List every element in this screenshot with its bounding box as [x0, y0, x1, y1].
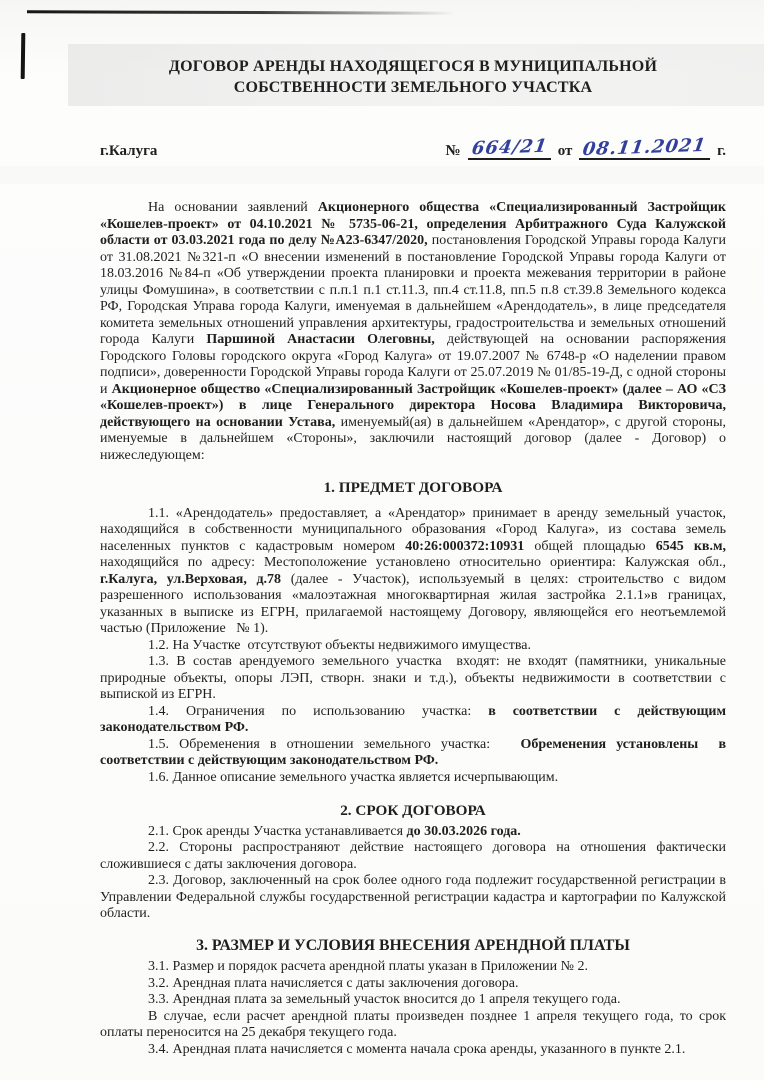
contract-number-block: № 664/21 от 08.11.2021 г.	[445, 139, 726, 160]
paragraph: 3.1. Размер и порядок расчета арендной п…	[100, 959, 726, 976]
paragraph: 2.3. Договор, заключенный на срок более …	[100, 873, 726, 923]
scan-artifact-left-mark	[21, 33, 26, 79]
year-suffix: г.	[717, 143, 726, 160]
contract-date-blank: 08.11.2021	[579, 139, 710, 160]
section-heading: 2. СРОК ДОГОВОРА	[100, 803, 726, 820]
paragraph: 1.1. «Арендодатель» предоставляет, а «Ар…	[100, 506, 726, 638]
paragraph: 2.1. Срок аренды Участка устанавливается…	[100, 824, 726, 841]
paragraph: В случае, если расчет арендной платы про…	[100, 1009, 726, 1042]
paragraph: 1.4. Ограничения по использованию участк…	[100, 704, 726, 737]
paragraph: 3.3. Арендная плата за земельный участок…	[100, 992, 726, 1009]
paragraph: 3.4. Арендная плата начисляется с момент…	[100, 1042, 726, 1059]
city-label: г.Калуга	[100, 143, 157, 160]
section-heading: 1. ПРЕДМЕТ ДОГОВОРА	[100, 480, 726, 497]
contract-number-value: 664/21	[470, 138, 548, 159]
date-preposition: от	[558, 143, 573, 160]
paragraph: 1.2. На Участке отсутствуют объекты недв…	[100, 638, 726, 655]
paragraph: 3.2. Арендная плата начисляется с даты з…	[100, 976, 726, 993]
meta-row: г.Калуга № 664/21 от 08.11.2021 г.	[100, 134, 726, 160]
number-sign: №	[445, 143, 460, 160]
paragraph: На основании заявлений Акционерного обще…	[100, 200, 726, 464]
document-title: ДОГОВОР АРЕНДЫ НАХОДЯЩЕГОСЯ В МУНИЦИПАЛЬ…	[160, 56, 666, 98]
scanned-page: ДОГОВОР АРЕНДЫ НАХОДЯЩЕГОСЯ В МУНИЦИПАЛЬ…	[0, 0, 764, 1080]
paragraph: 1.5. Обременения в отношении земельного …	[100, 737, 726, 770]
section-heading: 3. РАЗМЕР И УСЛОВИЯ ВНЕСЕНИЯ АРЕНДНОЙ ПЛ…	[100, 938, 726, 955]
document-body: На основании заявлений Акционерного обще…	[100, 200, 726, 1058]
paragraph: 1.3. В состав арендуемого земельного уча…	[100, 654, 726, 704]
paragraph: 1.6. Данное описание земельного участка …	[100, 770, 726, 787]
document-content: ДОГОВОР АРЕНДЫ НАХОДЯЩЕГОСЯ В МУНИЦИПАЛЬ…	[100, 48, 726, 1058]
paragraph: 2.2. Стороны распространяют действие нас…	[100, 840, 726, 873]
scan-artifact-top-line	[27, 10, 455, 14]
contract-number-blank: 664/21	[468, 139, 551, 160]
contract-date-value: 08.11.2021	[582, 137, 708, 159]
